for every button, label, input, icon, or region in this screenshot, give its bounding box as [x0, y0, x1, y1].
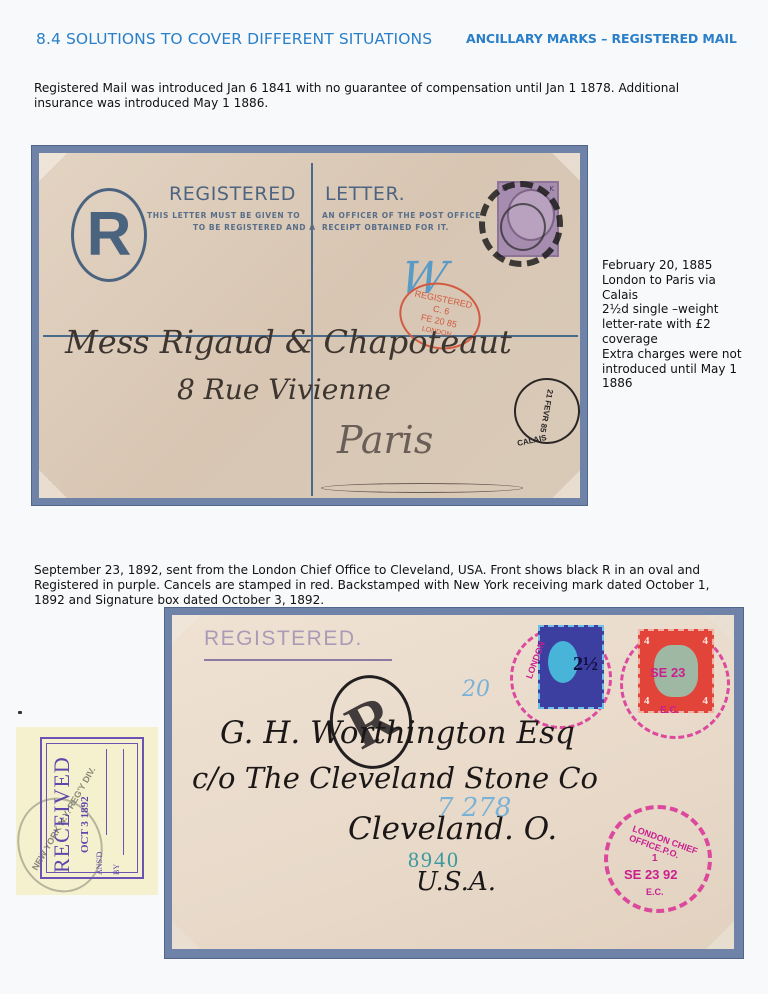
- printed-registered: REGISTERED: [169, 183, 296, 205]
- r-letter: R: [87, 204, 132, 266]
- stamp-value: 2½: [573, 653, 598, 676]
- stamp-value: 4: [703, 635, 709, 647]
- printed-instruction-left-1: This Letter must be given to: [147, 211, 300, 220]
- registration-number: 8940: [408, 847, 460, 873]
- cover2-envelope: REGISTERED. R 2½ 4 4 4 4 SE 23 E.C. LOND…: [172, 615, 734, 949]
- caption-line: Extra charges were not introduced until …: [602, 347, 752, 391]
- received-date: OCT 3 1892: [79, 796, 91, 853]
- address-line-1: G. H. Worthington Esq: [220, 715, 575, 751]
- cover2-caption: September 23, 1892, sent from the London…: [34, 563, 744, 608]
- cds-date: SE 23 92: [624, 867, 678, 882]
- received-ansd: ANS'D: [95, 852, 104, 875]
- signature-line: [106, 749, 107, 835]
- caption-line: London to Paris via Calais: [602, 273, 752, 303]
- cds-number: 1: [652, 853, 658, 864]
- stamp-value: 4: [703, 695, 709, 707]
- purple-registered-handstamp: REGISTERED.: [204, 627, 363, 651]
- signature-line: [123, 749, 124, 855]
- address-line-3: Paris: [337, 418, 433, 462]
- registered-r-oval-icon: R: [71, 188, 147, 282]
- caption-line: February 20, 1885: [602, 258, 752, 273]
- cover2-mat: REGISTERED. R 2½ 4 4 4 4 SE 23 E.C. LOND…: [164, 607, 744, 959]
- received-word: RECEIVED: [49, 756, 75, 873]
- cover1-envelope: R REGISTERED LETTER. This Letter must be…: [39, 153, 580, 498]
- calais-label: CALAIS: [516, 433, 547, 448]
- cds-cancel-ring: [500, 203, 546, 251]
- stamp-value: 4: [644, 635, 650, 647]
- photo-corner: [39, 153, 67, 181]
- printed-instruction-right-2: Receipt obtained for it.: [322, 223, 449, 232]
- printed-letter: LETTER.: [325, 183, 405, 205]
- cancel-date: SE 23: [650, 665, 685, 680]
- received-signature-box: NEW YORK N.Y. REG'Y DIV. RECEIVED OCT 3 …: [16, 727, 158, 895]
- photo-corner: [706, 921, 734, 949]
- photo-corner: [552, 470, 580, 498]
- purple-underline: [204, 659, 392, 661]
- cancel-office: E.C.: [660, 705, 679, 716]
- photo-corner: [172, 921, 200, 949]
- cds-bottom: E.C.: [646, 887, 664, 897]
- calais-date: 21 FEVR 85: [539, 389, 555, 433]
- intro-paragraph: Registered Mail was introduced Jan 6 184…: [34, 81, 734, 111]
- photo-corner: [552, 153, 580, 181]
- cover1-mat: R REGISTERED LETTER. This Letter must be…: [31, 145, 588, 506]
- address-line-2: 8 Rue Vivienne: [177, 373, 391, 406]
- printed-instruction-left-2: to be Registered and a: [193, 223, 316, 232]
- section-subtitle: ANCILLARY MARKS – REGISTERED MAIL: [466, 31, 737, 46]
- flourish-underline: [321, 483, 523, 493]
- stamp-value: 4: [644, 695, 650, 707]
- caption-line: 2½d single –weight letter-rate with £2 c…: [602, 302, 752, 346]
- blue-pencil-number-2: 7 278: [437, 793, 511, 823]
- address-line-1: Mess Rigaud & Chapoteaut: [65, 323, 512, 361]
- speck: [18, 711, 22, 714]
- postage-stamp-2-half-d: 2½: [538, 625, 604, 709]
- stamp-corner-letter: K: [549, 185, 554, 193]
- photo-corner: [172, 615, 200, 643]
- blue-pencil-number: 20: [462, 677, 490, 702]
- address-line-2: c/o The Cleveland Stone Co: [192, 761, 598, 795]
- printed-instruction-right-1: an Officer of the Post Office: [322, 211, 481, 220]
- cover1-caption: February 20, 1885 London to Paris via Ca…: [602, 258, 752, 391]
- section-title: 8.4 SOLUTIONS TO COVER DIFFERENT SITUATI…: [36, 30, 432, 48]
- photo-corner: [39, 470, 67, 498]
- received-by: BY: [112, 864, 121, 875]
